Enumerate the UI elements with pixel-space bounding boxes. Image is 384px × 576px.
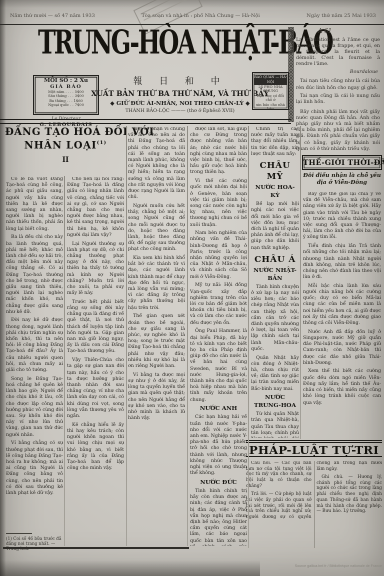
column-divider bbox=[126, 126, 127, 546]
paragraph: Ví bằng chẳng có sự thưởng phạt đời sau,… bbox=[6, 441, 63, 497]
vietnamese-quote-list: Tai nạn tiêu cũng như là cái búa rèn đúc… bbox=[296, 79, 380, 106]
header-double-rule bbox=[0, 119, 291, 124]
paragraph: Bề lạp mới hội nghị các nơi việc đổi mới… bbox=[251, 202, 299, 252]
column-divider bbox=[187, 126, 188, 546]
paragraph: Người muốn cứu hết thảy, chẳng bỏ một ai… bbox=[128, 204, 185, 254]
paragraph: Có lẽ ba vuốt Đấng Tạo-hoá cùng hỗ công,… bbox=[6, 177, 63, 233]
subtitle-line2: địa ở Viễn-Đông bbox=[302, 180, 382, 187]
masthead-subblock: 報 日 和 中 XUẤT BẢN THỨ BA THỨ NĂM, VÀ THỨ … bbox=[85, 74, 275, 114]
subheader-heading: NƯỚC NHẬT-BẢN bbox=[251, 268, 299, 283]
handwritten-annotation: A 61 bbox=[318, 28, 380, 36]
paragraph: Ví bằng ta được mọi sự như ý ở đời này, … bbox=[128, 373, 185, 423]
quote-extra-paragraph: Bây chính phải làm mọi vất giấy nước qua… bbox=[296, 110, 380, 153]
publication-days-line: XUẤT BẢN THỨ BA THỨ NĂM, VÀ THỨ BẢY bbox=[85, 89, 275, 98]
column-divider bbox=[248, 126, 249, 548]
footnote-rule bbox=[6, 533, 32, 534]
paragraph: Thế gian quen xét đoán theo bề ngoài, ch… bbox=[128, 314, 185, 370]
subheader-heading: NƯỚC ĐỨC bbox=[190, 480, 247, 488]
notice-box: BÁO QUÁN — HÀ-NỘI24 PHỐ NHÀ CHUNGBạn đọc… bbox=[252, 72, 289, 110]
motto-attribution: THÁNH BẢO-LỘC ——— (thơ ở Êphêsô XVII) bbox=[85, 109, 275, 114]
bottom-rule bbox=[3, 547, 189, 549]
column-divider bbox=[64, 176, 65, 546]
body-column-5: Chính trị các nước mấy tuần nay thay đổi… bbox=[251, 127, 299, 438]
paragraph: được lần sót, nài giúp cho cư Đứng trong… bbox=[190, 127, 247, 177]
paragraph: Đời nay kẻ dữ được thong dong, người làn… bbox=[6, 318, 63, 374]
paragraph: Ba là đều chi cho này ba lành thường quá… bbox=[6, 235, 63, 316]
gallica-source-credit: Source gallica.bnf.fr / Bibliothèque nat… bbox=[282, 564, 382, 568]
invert-heading: BÁO QUÁN — HÀ-NỘI bbox=[254, 75, 287, 86]
french-quote: La tribulation est à l'âme ce que morcea… bbox=[296, 38, 380, 69]
subheader-heading: NƯỚC HOA-KỲ bbox=[251, 185, 299, 200]
subheader-heading: NƯỚC ANH bbox=[190, 406, 247, 414]
masthead-title: TRUNG-HÒA NHẬT-BÁO bbox=[38, 24, 272, 62]
newspaper-page: Năm thứ mười — số 47 năm 1933 Tòa soạn v… bbox=[0, 0, 384, 576]
paragraph: Ông Paul Hammer, là đại biểu Pháp, đã bà… bbox=[190, 329, 247, 403]
dateline-right: Ngày thứ năm 25 Mai 1933 bbox=[306, 13, 376, 19]
tinyc-heading: Bạn đọc có đổi chỗ ở bbox=[254, 94, 287, 103]
quote-column: A 61 La tribulation est à l'âme ce que m… bbox=[296, 28, 380, 153]
paragraph: Kẻ chẳng hiểu lẽ ấy thì hay kêu trách; c… bbox=[67, 423, 124, 473]
paragraph: Nam bèn nghiêm của những vấn đề Thái-bìn… bbox=[190, 231, 247, 281]
dateline-left: Năm thứ mười — số 47 năm 1933 bbox=[10, 13, 95, 19]
article-footnote: (1) Coi số 46 bữa trước đã đăng nơi tran… bbox=[6, 533, 63, 552]
paragraph: Trước hết phải biết rằng sự sống đời này… bbox=[67, 300, 124, 356]
dateline-center: Tòa soạn và nhà in : phố Nhà Chung — Hà-… bbox=[142, 13, 260, 19]
header-heading: CHÂU Á bbox=[251, 255, 299, 266]
paragraph: Tai nạn cũng là cái lò nung nấu lại linh… bbox=[296, 94, 380, 106]
world-commentary-subtitle: Đôi điều nhận là chỗ yếu địa ở Viễn-Đông bbox=[302, 173, 382, 187]
paragraph: Mỹ tự nãi: Hội đồng Vạn-quốc xây đắp ngh… bbox=[190, 283, 247, 326]
paragraph: Tình hình chính trị hãy còn chưa được an… bbox=[190, 489, 247, 546]
paragraph: Tành hình chuyện ở xứ lạp lạ nay nói xiê… bbox=[251, 285, 299, 353]
notice-lines: BÁO QUÁN — HÀ-NỘI24 PHỐ NHÀ CHUNGBạn đọc… bbox=[254, 75, 287, 111]
paragraph: Cho nên lại hỏi rằng: Đấng Tạo-hoá là đấ… bbox=[67, 177, 124, 239]
article-column-1: Có lẽ ba vuốt Đấng Tạo-hoá cùng hỗ công,… bbox=[6, 177, 63, 531]
body-column-3: một số phận vì chúng vất ân. Cho nên ai … bbox=[128, 127, 185, 546]
tinyc-heading: xin báo cho nhà báo bbox=[254, 103, 287, 110]
paragraph: Tiểu đình chịu lần Trả tành nối những ch… bbox=[303, 244, 381, 281]
paragraph: Vậy Thiên-Chúa cho ta gặp sự gian nan đờ… bbox=[67, 358, 124, 420]
chinese-title: 報 日 和 中 bbox=[85, 74, 275, 87]
paragraph: Vì thế các cường quốc mới nhóm đại hội ở… bbox=[190, 179, 247, 229]
paragraph: Song le Đấng Tạo-hoá chẳng hề quên kẻ là… bbox=[6, 377, 63, 439]
article-footnote-marker: (1) bbox=[97, 140, 107, 146]
paragraph: Mỗi bậc chia lành lừa sáu người chia năn… bbox=[303, 284, 381, 327]
law-section-text: Câu hỏi. — Các qui bản làm nơ của tội tụ… bbox=[246, 461, 382, 548]
paragraph: Từ khi quân Nhật tràn qua Nhiệt-hà, quân… bbox=[251, 412, 299, 438]
article-title-line1: ĐẤNG TẠO HOÁ ĐỐI VỚI bbox=[5, 127, 126, 138]
paragraph: Xem thế thì biết các cường quốc đều dòm … bbox=[303, 369, 381, 406]
footnote-text: (1) Coi số 46 bữa trước đã đăng nơi tran… bbox=[6, 536, 61, 552]
paragraph: Kìa xem khi hình khổ bắt bớ các thánh tử… bbox=[128, 256, 185, 312]
dateline: Năm thứ mười — số 47 năm 1933 Tòa soạn v… bbox=[10, 13, 376, 19]
article-title-text: NHÂN LOẠI bbox=[24, 140, 97, 151]
paragraph: Bây giờ thế giới lại chia ý về vấn đề Vi… bbox=[303, 192, 381, 242]
world-commentary-header: THẾ-GIỚI THỜI-ĐÀM bbox=[302, 155, 382, 170]
column-divider bbox=[300, 126, 301, 439]
paragraph: Các bạn hàng hải về tuần thứ nước Y-pha-… bbox=[190, 415, 247, 477]
paragraph: Tai nạn tiêu cũng như là cái búa rèn đúc… bbox=[296, 79, 380, 91]
article-column-2: Cho nên lại hỏi rằng: Đấng Tạo-hoá là đấ… bbox=[67, 177, 124, 546]
body-column-6: Bây giờ thế giới lại chia ý về vấn đề Vi… bbox=[303, 192, 381, 438]
paragraph: Lại Người thưởng sự lành phạt sự dữ, cớ … bbox=[67, 242, 124, 298]
tinyc-heading: 24 PHỐ NHÀ CHUNG bbox=[254, 85, 287, 94]
subheader-heading: NƯỚC TRUNG-HOA bbox=[251, 395, 299, 410]
paragraph: Ghi chú. — Hương lý, chánh phó tổng cùng… bbox=[317, 475, 383, 515]
paragraph: Câu hỏi. — Các qui bản làm nơ của tội tụ… bbox=[246, 461, 312, 490]
paragraph: Nước Anh đã đắp đồn luỹ ở Singapore, nướ… bbox=[303, 330, 381, 367]
quote-attribution: Bourdaloue bbox=[296, 70, 378, 76]
subtitle-line1: Đôi điều nhận là chỗ yếu bbox=[302, 173, 382, 180]
body-column-4: được lần sót, nài giúp cho cư Đứng trong… bbox=[190, 127, 247, 546]
article-title-line2: NHÂN LOẠI(1) bbox=[5, 140, 126, 151]
motto-line: ◆ GIỮ ĐỨC ÁI-NHÂN, NOI THEO CHÂN-LÝ ◆ bbox=[85, 101, 275, 107]
header-heading: CHÂU MỸ bbox=[251, 161, 299, 183]
article-title-block: ĐẤNG TẠO HOÁ ĐỐI VỚI NHÂN LOẠI(1) II bbox=[5, 127, 126, 164]
paragraph: Chính trị các nước mấy tuần nay thay đổi… bbox=[251, 127, 299, 158]
page-edge-shadow-bottom bbox=[0, 560, 260, 576]
paragraph: Quân Nhật hãy còn đóng ở Nhiệt-hà, chưa … bbox=[251, 356, 299, 393]
law-section-banner: PHÁP-LUẬT TỰ-TRI bbox=[246, 440, 382, 457]
article-part-number: II bbox=[5, 155, 126, 164]
paragraph: một số phận vì chúng vất ân. Cho nên ai … bbox=[128, 127, 185, 201]
